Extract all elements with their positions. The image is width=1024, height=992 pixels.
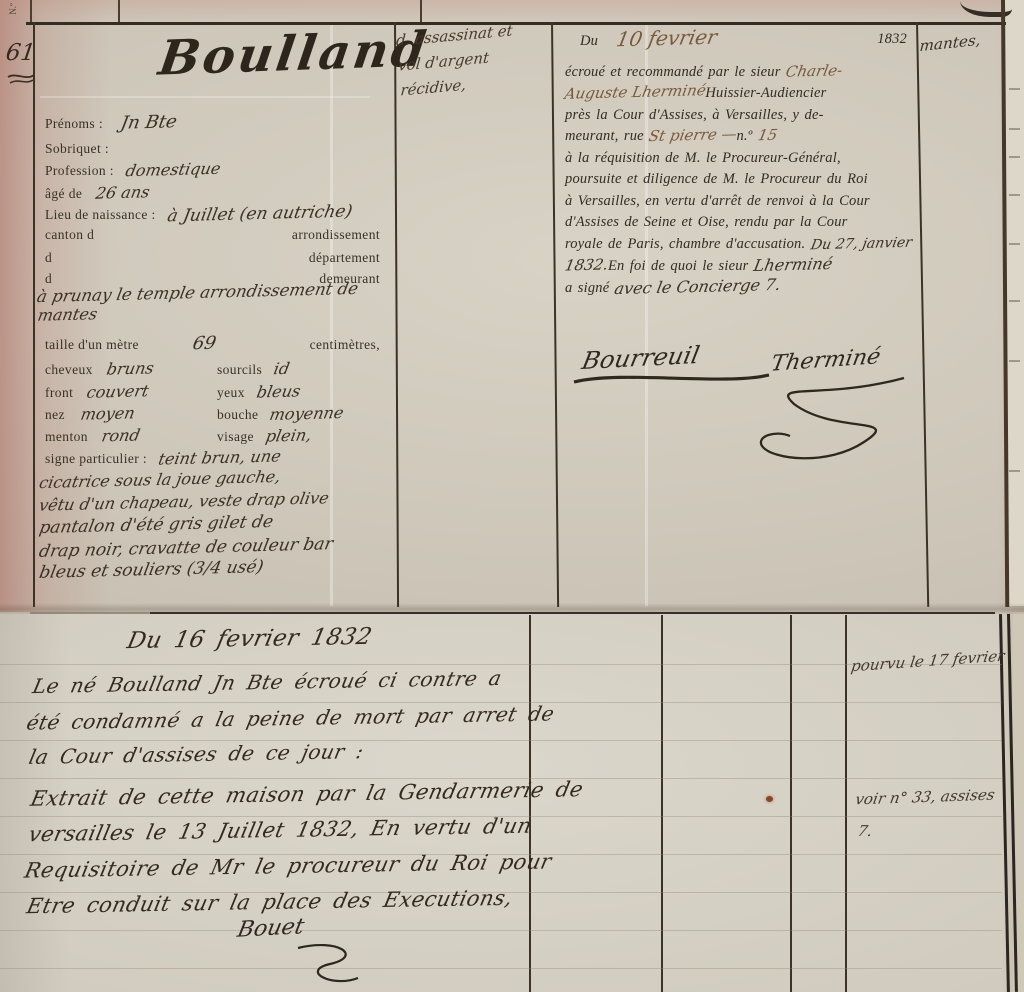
field-label-right: arrondissement bbox=[292, 227, 380, 243]
field-value: moyen bbox=[79, 403, 136, 423]
prison-register-scan: N.º 61 Boulland d. assassinat et vol d'a… bbox=[0, 0, 1024, 992]
field-label2: yeux bbox=[217, 385, 245, 400]
entry-number-flourish bbox=[6, 72, 36, 86]
field-label: taille d'un mètre bbox=[45, 337, 139, 352]
script-text: 1832. bbox=[563, 254, 610, 277]
field-label2: visage bbox=[217, 429, 254, 444]
script-text: drap noir, cravatte de couleur bar bbox=[37, 534, 334, 562]
description-script-line: bleus et souliers (3/4 usé) bbox=[40, 560, 375, 580]
column-line-bottom bbox=[529, 615, 531, 992]
date-script: 10 fevrier bbox=[615, 25, 720, 52]
script-text: St pierre — bbox=[647, 124, 739, 148]
committal-line: à Versailles, en vertu d'arrêt de renvoi… bbox=[565, 190, 870, 213]
signature-bouet: Bouet bbox=[238, 916, 303, 941]
adjacent-rule-dash bbox=[1009, 243, 1020, 245]
field-value: couvert bbox=[85, 381, 150, 402]
field-label: âgé de bbox=[45, 186, 82, 201]
column-line bbox=[33, 22, 35, 607]
field-value: rond bbox=[100, 426, 142, 446]
field-label-right: département bbox=[309, 250, 380, 266]
field-signe-particulier: signe particulier : teint brun, une bbox=[45, 448, 380, 468]
column-line-bottom bbox=[790, 615, 792, 992]
committal-date-row: Du 10 fevrier 1832 bbox=[565, 30, 917, 54]
field-menton: menton rond visage plein, bbox=[45, 426, 380, 446]
field-label: nez bbox=[45, 407, 65, 422]
description-script-line: drap noir, cravatte de couleur bar bbox=[40, 538, 375, 558]
bottom-section-top-rule bbox=[150, 612, 995, 614]
script-text: à prunay le temple arrondissement de bbox=[35, 279, 360, 306]
committal-line: meurant, rue St pierre — n.º 15 bbox=[565, 125, 777, 148]
field-cheveux: cheveux bruns sourcils id bbox=[45, 359, 380, 379]
field-value2: plein, bbox=[264, 425, 313, 445]
ruled-line bbox=[0, 740, 1002, 741]
adjacent-rule-dash bbox=[1009, 470, 1020, 472]
field-taille: taille d'un mètre 69 centimètres, bbox=[45, 336, 380, 354]
field-label: Profession : bbox=[45, 163, 114, 178]
date-prefix: Du bbox=[580, 33, 598, 50]
adjacent-rule-dash bbox=[1009, 194, 1020, 196]
column-line-bottom bbox=[661, 615, 663, 992]
field-value: domestique bbox=[124, 159, 222, 180]
script-text: avec le Concierge 7. bbox=[612, 274, 782, 300]
field-value: bruns bbox=[105, 358, 156, 378]
adjacent-rule-dash bbox=[1009, 88, 1020, 90]
script-text: Lherminé bbox=[752, 253, 835, 277]
printed-text: poursuite et diligence de M. le Procureu… bbox=[565, 171, 868, 187]
field-prenoms: Prénoms : Jn Bte bbox=[45, 112, 380, 133]
printed-text: à Versailles, en vertu d'arrêt de renvoi… bbox=[565, 193, 870, 209]
field-label2: bouche bbox=[217, 407, 258, 422]
field-label: canton d bbox=[45, 227, 94, 242]
field-value: 69 bbox=[191, 333, 218, 355]
field-profession: Profession : domestique bbox=[45, 160, 380, 180]
field-age: âgé de 26 ans bbox=[45, 183, 380, 203]
residence-script-line: à prunay le temple arrondissement de bbox=[38, 283, 373, 303]
adjacent-rule-dash bbox=[1009, 156, 1020, 158]
field-label: d bbox=[45, 250, 52, 265]
column-line-bottom bbox=[845, 615, 847, 992]
field-value: à Juillet (en autriche) bbox=[165, 202, 353, 227]
field-value2: id bbox=[272, 359, 291, 378]
field-label: front bbox=[45, 385, 73, 400]
signature-text: Bouet bbox=[235, 914, 306, 942]
ruled-line bbox=[0, 930, 1002, 931]
column-line-stub bbox=[118, 0, 120, 22]
entry-number-column-header: N.º bbox=[8, 0, 18, 20]
column-line-stub bbox=[30, 0, 32, 22]
printed-text: d'Assises de Seine et Oise, rendu par la… bbox=[565, 214, 848, 230]
update-date: Du 16 fevrier 1832 bbox=[125, 624, 375, 654]
committal-line: poursuite et diligence de M. le Procureu… bbox=[565, 168, 868, 191]
field-label: Lieu de naissance : bbox=[45, 207, 156, 222]
field-front: front couvert yeux bleus bbox=[45, 382, 380, 402]
field-label2: sourcils bbox=[217, 362, 262, 377]
committal-line: a signé avec le Concierge 7. bbox=[565, 276, 780, 300]
printed-text: En foi de quoi le sieur bbox=[608, 258, 754, 274]
committal-line: royale de Paris, chambre d'accusation. D… bbox=[565, 233, 911, 256]
crime-note: d. assassinat et vol d'argent récidive, bbox=[395, 16, 551, 104]
field-value2: moyenne bbox=[268, 403, 345, 424]
field-label: menton bbox=[45, 429, 88, 444]
ink-stain bbox=[766, 796, 773, 802]
field-value: 26 ans bbox=[94, 182, 151, 202]
script-text: bleus et souliers (3/4 usé) bbox=[38, 557, 266, 583]
script-text: vêtu d'un chapeau, veste drap olive bbox=[37, 488, 330, 515]
field-label: cheveux bbox=[45, 362, 93, 377]
committal-line: d'Assises de Seine et Oise, rendu par la… bbox=[565, 211, 848, 234]
script-text: cicatrice sous la joue gauche, bbox=[38, 467, 283, 492]
entry-number: 61 bbox=[4, 40, 37, 66]
printed-text: à la réquisition de M. le Procureur-Géné… bbox=[565, 150, 841, 166]
field-label: Prénoms : bbox=[45, 116, 103, 131]
adjacent-rule-dash bbox=[1009, 360, 1020, 362]
field-value: teint brun, une bbox=[157, 446, 283, 468]
signature-thermine: Therminé bbox=[772, 348, 879, 373]
printed-text: meurant, rue bbox=[565, 128, 649, 144]
ruled-line bbox=[0, 968, 1002, 969]
printed-text: n.º bbox=[736, 128, 757, 144]
field-birthplace: Lieu de naissance : à Juillet (en autric… bbox=[45, 204, 380, 224]
field-label: signe particulier : bbox=[45, 451, 147, 466]
printed-text: écroué et recommandé par le sieur bbox=[565, 64, 786, 80]
printed-text: a signé bbox=[565, 280, 615, 296]
field-label-right: centimètres, bbox=[310, 337, 380, 353]
residence-script-line2: mantes bbox=[38, 305, 373, 325]
date-year: 1832 bbox=[877, 31, 907, 48]
committal-line: Auguste Lherminé Huissier-Audiencier bbox=[565, 82, 826, 105]
field-label: Sobriquet : bbox=[45, 141, 109, 156]
description-script-line: vêtu d'un chapeau, veste drap olive bbox=[40, 492, 375, 512]
script-text: mantes bbox=[36, 304, 99, 325]
description-script-line: pantalon d'été gris gilet de bbox=[40, 515, 375, 535]
field-canton: canton d arrondissement bbox=[45, 226, 380, 244]
paper-crease bbox=[40, 96, 370, 98]
signature-bouet-paraph bbox=[290, 940, 374, 992]
script-text: 15 bbox=[756, 125, 779, 147]
script-text: Auguste Lherminé bbox=[563, 80, 708, 105]
committal-line: près la Cour d'Assises, à Versailles, y … bbox=[565, 104, 824, 127]
committal-line: 1832. En foi de quoi le sieur Lherminé bbox=[565, 254, 832, 278]
adjacent-rule-dash bbox=[1009, 128, 1020, 130]
printed-text: près la Cour d'Assises, à Versailles, y … bbox=[565, 107, 824, 123]
printed-text: royale de Paris, chambre d'accusation. bbox=[565, 236, 811, 252]
adjacent-rule-dash bbox=[1009, 300, 1020, 302]
description-script-line: cicatrice sous la joue gauche, bbox=[40, 470, 375, 490]
field-sobriquet: Sobriquet : bbox=[45, 140, 380, 158]
signature-thermine-paraph bbox=[742, 372, 912, 468]
script-text: pantalon d'été gris gilet de bbox=[38, 512, 275, 538]
column-line-stub bbox=[420, 0, 422, 22]
committal-line: à la réquisition de M. le Procureur-Géné… bbox=[565, 147, 841, 170]
field-value: Jn Bte bbox=[119, 111, 179, 133]
field-value2: bleus bbox=[255, 381, 302, 401]
field-departement: d département bbox=[45, 249, 380, 267]
field-nez: nez moyen bouche moyenne bbox=[45, 404, 380, 424]
printed-text: Huissier-Audiencier bbox=[705, 85, 826, 101]
script-text: Charle- bbox=[784, 60, 844, 83]
prisoner-surname: Boulland bbox=[155, 21, 432, 86]
